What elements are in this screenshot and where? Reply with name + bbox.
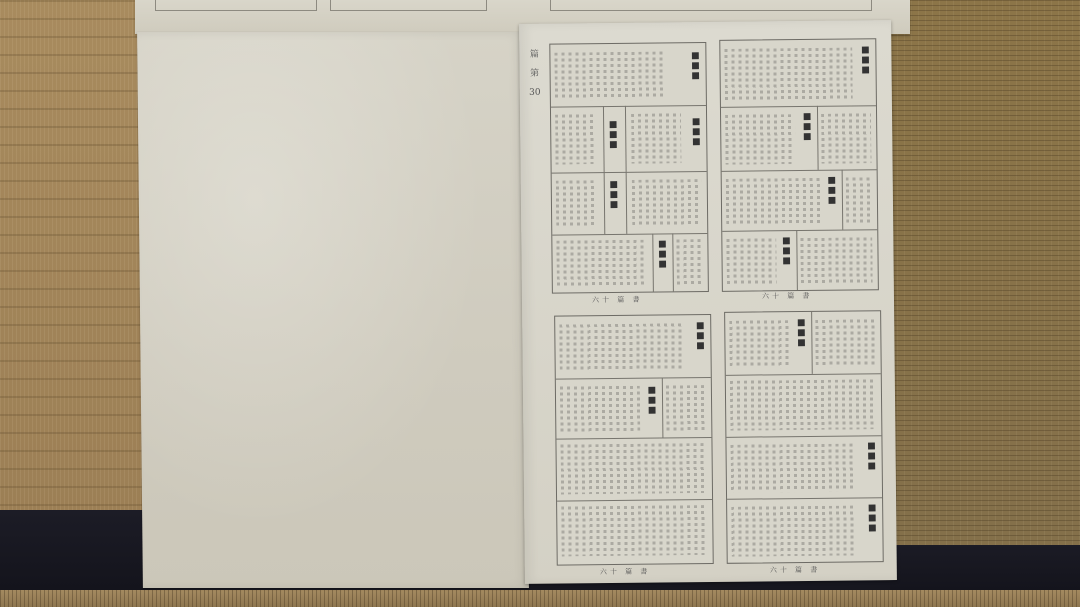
section-heading: ■■■ [795,318,807,348]
side-label: 篇 第 30 [527,46,542,103]
table-panel-upper-right: ■■■ ■■■ ■■■ ■■■ [719,38,879,292]
underlying-table-edge [550,0,872,11]
tatami-border-right [880,545,1080,591]
illegible-text [560,443,707,495]
section-heading: ■■■ [694,321,706,351]
illegible-text [726,178,821,225]
printed-right-page: 篇 第 30 ■■■ ■■■ ■■■ ■■■ ■■■ [519,20,897,584]
illegible-text [556,240,646,287]
illegible-text [731,505,857,556]
table-panel-lower-right: ■■■ ■■■ ■■■ [724,310,884,564]
table-section [556,437,712,502]
illegible-text [725,114,796,165]
illegible-text [730,379,877,431]
table-section: ■■■ [725,311,881,376]
section-heading: ■■■ [690,117,702,147]
table-section: ■■■ [552,233,708,293]
table-section [726,373,882,438]
table-panel-upper-left: ■■■ ■■■ ■■■ ■■■ ■■■ [549,42,709,294]
tatami-mat-left [0,0,152,510]
illegible-text [815,319,875,368]
table-panel-lower-left: ■■■ ■■■ [554,314,714,566]
section-heading: ■■■ [689,51,701,81]
illegible-text [561,505,708,557]
illegible-text [729,320,789,369]
section-heading: ■■■ [780,236,792,266]
illegible-text [800,237,872,284]
illegible-text [556,180,597,228]
page-folio: 六十 篇 書 [592,295,643,306]
illegible-text [676,239,702,285]
table-section: ■■■ [550,43,706,108]
tatami-border-left [0,510,160,590]
underlying-table-edge [330,0,487,11]
section-heading: ■■■ [859,45,871,75]
section-heading: ■■■ [608,180,620,210]
illegible-text [724,47,853,100]
illegible-text [730,443,855,492]
table-section: ■■■ [552,171,708,236]
tatami-mat-bottom [0,590,1080,607]
table-section: ■■■ [727,497,883,563]
section-heading: ■■■ [607,120,619,150]
section-heading: ■■■ [826,176,838,206]
table-section: ■■■ [722,169,878,232]
illegible-text [560,386,640,433]
illegible-text [726,238,776,285]
illegible-text [554,51,664,100]
section-heading: ■■■ [866,503,878,533]
section-heading: ■■■ [865,441,877,471]
illegible-text [631,113,682,164]
underlying-table-edge [155,0,317,11]
illegible-text [666,385,706,431]
section-heading: ■■■ [656,239,668,269]
illegible-text [821,113,872,164]
section-heading: ■■■ [646,386,658,416]
table-section: ■■■ [721,105,877,172]
page-folio: 六十 篇 書 [600,567,651,578]
table-section: ■■■ [720,39,876,108]
page-folio: 六十 篇 書 [762,291,813,302]
illegible-text [632,179,702,228]
page-folio: 六十 篇 書 [770,565,821,576]
table-section: ■■■ [556,377,712,440]
illegible-text [559,323,684,372]
tatami-mat-right [890,0,1080,545]
illegible-text [846,177,872,223]
table-section [557,499,713,565]
table-section: ■■■ ■■■ [551,105,707,174]
section-heading: ■■■ [801,112,813,142]
illegible-text [555,114,596,164]
table-section: ■■■ [726,435,882,500]
blank-left-page [137,32,529,588]
table-section: ■■■ [555,315,711,380]
table-section: ■■■ [722,229,878,291]
